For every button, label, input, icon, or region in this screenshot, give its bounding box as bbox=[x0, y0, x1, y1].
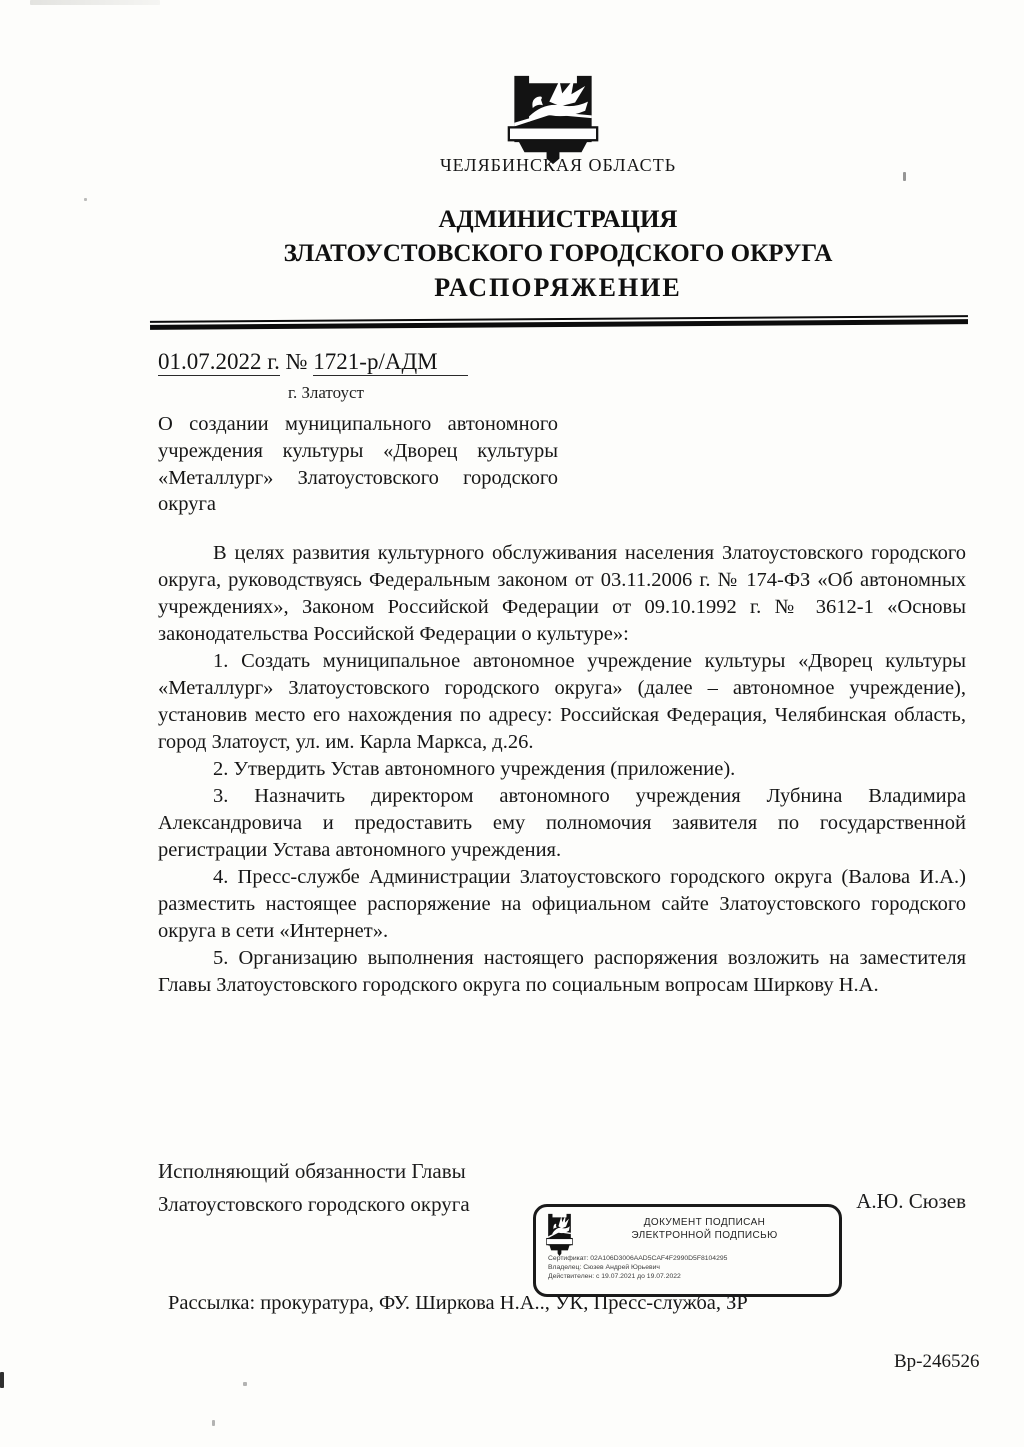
doc-registration-id: Вр-246526 bbox=[894, 1351, 980, 1373]
signer-position-line2: Златоустовского городского округа bbox=[158, 1192, 470, 1216]
zlatoust-crest-icon bbox=[546, 1213, 573, 1257]
item-1-paragraph: 1. Создать муниципальное автономное учре… bbox=[158, 648, 966, 756]
stamp-line1: ДОКУМЕНТ ПОДПИСАН bbox=[644, 1217, 766, 1228]
scan-artifact bbox=[212, 1420, 215, 1426]
org-name-line1: АДМИНИСТРАЦИЯ bbox=[439, 206, 678, 233]
doc-subject: О создании муниципального автономного уч… bbox=[158, 411, 558, 518]
item-3-paragraph: 3. Назначить директором автономного учре… bbox=[158, 783, 966, 864]
item-2-paragraph: 2. Утвердить Устав автономного учреждени… bbox=[158, 756, 966, 783]
scanned-document-page: ЧЕЛЯБИНСКАЯ ОБЛАСТЬ АДМИНИСТРАЦИЯ ЗЛАТОУ… bbox=[0, 0, 1024, 1447]
region-label: ЧЕЛЯБИНСКАЯ ОБЛАСТЬ bbox=[150, 155, 966, 176]
scan-artifact bbox=[84, 198, 87, 201]
scan-artifact bbox=[243, 1382, 247, 1386]
stamp-line2: ЭЛЕКТРОННОЙ ПОДПИСЬЮ bbox=[631, 1230, 777, 1241]
scan-artifact bbox=[30, 0, 160, 5]
zlatoust-crest-icon bbox=[506, 74, 600, 166]
doc-type-label: РАСПОРЯЖЕНИЕ bbox=[150, 271, 966, 305]
distribution-line: Рассылка: прокуратура, ФУ. Ширкова Н.А..… bbox=[168, 1292, 748, 1315]
signer-position-line1: Исполняющий обязанности Главы bbox=[158, 1159, 466, 1183]
org-name-line2: ЗЛАТОУСТОВСКОГО ГОРОДСКОГО ОКРУГА bbox=[284, 240, 833, 267]
signer-name: А.Ю. Сюзев bbox=[856, 1185, 966, 1218]
scan-artifact bbox=[903, 172, 906, 181]
item-4-paragraph: 4. Пресс-службе Администрации Златоустов… bbox=[158, 864, 966, 945]
stamp-header: ДОКУМЕНТ ПОДПИСАН ЭЛЕКТРОННОЙ ПОДПИСЬЮ bbox=[578, 1216, 831, 1242]
electronic-signature-stamp: ДОКУМЕНТ ПОДПИСАН ЭЛЕКТРОННОЙ ПОДПИСЬЮ С… bbox=[533, 1204, 842, 1297]
number-sign: № bbox=[286, 349, 308, 374]
preamble-paragraph: В целях развития культурного обслуживани… bbox=[158, 540, 966, 648]
header-divider bbox=[150, 315, 968, 330]
document-title: АДМИНИСТРАЦИЯ ЗЛАТОУСТОВСКОГО ГОРОДСКОГО… bbox=[150, 203, 966, 305]
item-5-paragraph: 5. Организацию выполнения настоящего рас… bbox=[158, 945, 966, 999]
stamp-owner: Владелец: Сюзев Андрей Юрьевич bbox=[548, 1263, 727, 1272]
doc-date: 01.07.2022 г. bbox=[158, 349, 280, 376]
stamp-certificate-info: Сертификат: 02A106D3006AAD5CAF4F2990D5F8… bbox=[548, 1254, 727, 1281]
scan-artifact bbox=[0, 1372, 4, 1388]
doc-number: 1721-р/АДМ bbox=[313, 349, 467, 376]
date-number-row: 01.07.2022 г. № 1721-р/АДМ bbox=[158, 349, 468, 375]
stamp-certificate: Сертификат: 02A106D3006AAD5CAF4F2990D5F8… bbox=[548, 1254, 727, 1263]
stamp-validity: Действителен: с 19.07.2021 до 19.07.2022 bbox=[548, 1272, 727, 1281]
doc-body: В целях развития культурного обслуживани… bbox=[158, 540, 966, 999]
doc-city: г. Златоуст bbox=[288, 383, 364, 403]
